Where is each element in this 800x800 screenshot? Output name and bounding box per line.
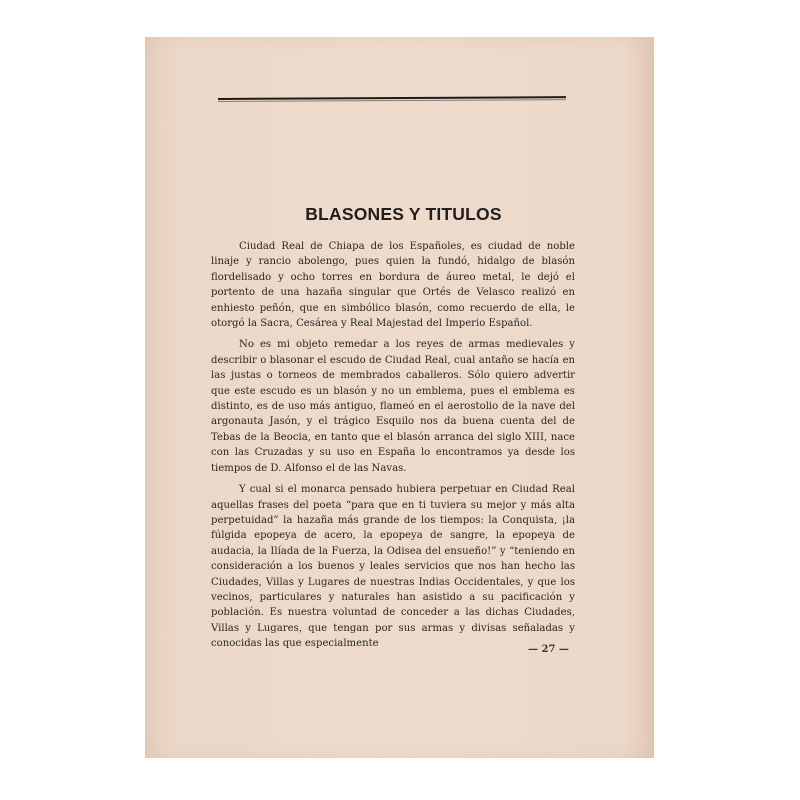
- paragraph-2: No es mi objeto remedar a los reyes de a…: [211, 337, 575, 476]
- paragraph-3: Y cual si el monarca pensado hubiera per…: [211, 482, 575, 651]
- paragraph-1: Ciudad Real de Chiapa de los Españoles, …: [211, 239, 575, 331]
- header-rule: [218, 98, 566, 103]
- body-text: Ciudad Real de Chiapa de los Españoles, …: [211, 239, 575, 658]
- chapter-title: BLASONES Y TITULOS: [145, 204, 654, 225]
- document-page: BLASONES Y TITULOS Ciudad Real de Chiapa…: [145, 37, 654, 758]
- page-number: — 27 —: [528, 644, 569, 655]
